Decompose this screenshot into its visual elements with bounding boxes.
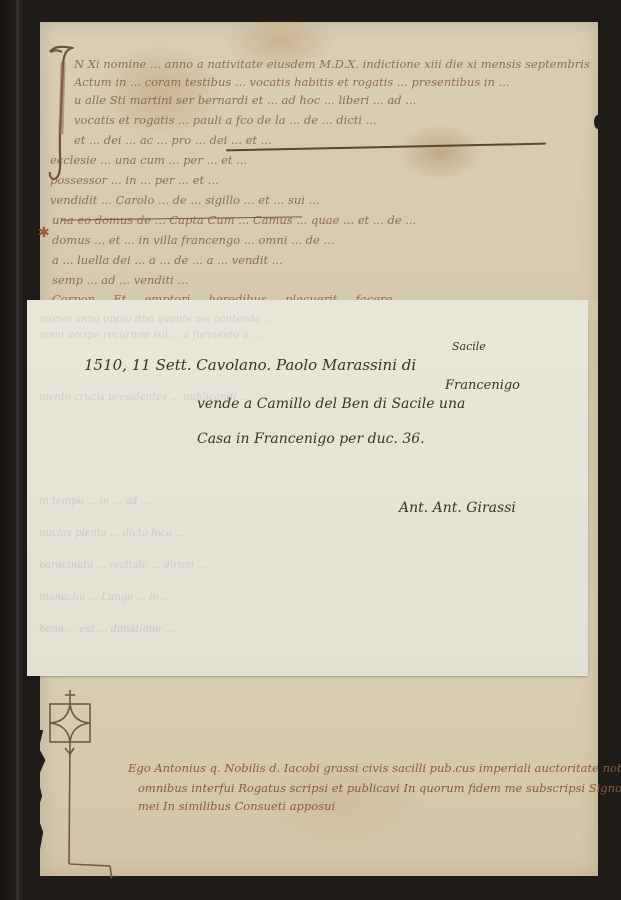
note-superscript: Sacile xyxy=(452,340,486,353)
note-signature: Ant. Ant. Girassi xyxy=(399,500,516,516)
deed-line: una eo domus de ... Capta Cum ... Camus … xyxy=(52,211,592,229)
deed-line: N Xi nomine ... anno a nativitate eiusde… xyxy=(74,55,592,73)
subscription-line: mei In similibus Consueti apposui xyxy=(138,799,335,813)
note-line-2: vende a Camillo del Ben di Sacile una xyxy=(197,396,465,412)
binding-edge xyxy=(16,0,19,900)
deed-line: Actum in ... coram testibus ... vocatis … xyxy=(74,73,592,91)
subscription-line: Ego Antonius q. Nobilis d. Iacobi grassi… xyxy=(128,761,621,775)
bleed-through-text: monachii ... Lungo ... in ... xyxy=(39,592,569,604)
note-line-1-tail: Francenigo xyxy=(445,378,520,393)
deed-line: a ... luella dei ... a ... de ... a ... … xyxy=(52,251,592,269)
bleed-through-text: paracinata ... recitale ... dirimi ... xyxy=(39,560,569,572)
bleed-through-text: nomi accipe recurium sul ... a formento … xyxy=(39,330,569,342)
bleed-through-text: mones anno oppiu dno quante me contende … xyxy=(39,314,569,326)
bleed-through-text: pucias pienta ... dicto loco ... xyxy=(39,528,569,540)
notary-signum-icon xyxy=(40,688,130,878)
deed-line: domus ... et ... in villa francengo ... … xyxy=(52,231,592,249)
parchment-edge xyxy=(588,300,598,320)
subscription-line: omnibus interfui Rogatus scripsi et publ… xyxy=(138,781,621,795)
parchment-notch xyxy=(594,115,602,129)
archival-note: mones anno oppiu dno quante me contende … xyxy=(27,300,588,676)
asterisk-mark-icon: ✱ xyxy=(38,225,50,241)
note-line-3: Casa in Francenigo per duc. 36. xyxy=(197,431,425,447)
deed-line: semp ... ad ... venditi ... xyxy=(52,271,592,289)
deed-line: vendidit ... Carolo ... de ... sigillo .… xyxy=(50,191,590,209)
deed-line: ecclesie ... una cum ... per ... et ... xyxy=(50,151,590,169)
note-line-1: 1510, 11 Sett. Cavolano. Paolo Marassini… xyxy=(84,356,416,374)
deed-line: u alle Sti martini ser bernardi et ... a… xyxy=(74,91,592,109)
bleed-through-text: bona ... est ... donatione ... xyxy=(39,624,569,636)
deed-line: possessor ... in ... per ... et ... xyxy=(50,171,590,189)
deed-line: vocatis et rogatis ... pauli a fco de la… xyxy=(74,111,592,129)
